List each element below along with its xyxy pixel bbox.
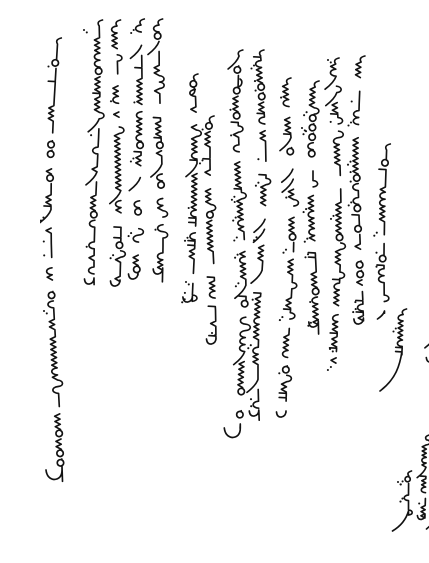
double-dot-mark xyxy=(400,483,402,485)
double-dot-mark xyxy=(397,481,399,483)
double-dot-mark xyxy=(83,29,85,31)
body-col-06 xyxy=(181,74,201,303)
sig-col-01 xyxy=(393,471,413,531)
double-dot-mark xyxy=(214,334,216,336)
date-col-01 xyxy=(380,309,407,391)
double-dot-mark xyxy=(301,127,303,129)
double-dot-mark xyxy=(330,61,332,63)
double-dot-mark xyxy=(46,312,48,314)
sig-col-02 xyxy=(417,435,429,519)
body-col-11 xyxy=(302,81,319,334)
manuscript-svg xyxy=(40,16,429,547)
double-dot-mark xyxy=(185,281,187,283)
body-col-10 xyxy=(277,78,299,417)
body-col-14 xyxy=(373,144,390,319)
double-dot-mark xyxy=(327,59,329,61)
body-col-09 xyxy=(247,50,271,420)
body-col-13 xyxy=(347,56,365,324)
body-col-04 xyxy=(128,19,145,279)
double-dot-mark xyxy=(332,350,334,352)
body-col-07 xyxy=(199,116,216,344)
body-col-12 xyxy=(325,58,345,371)
double-dot-mark xyxy=(188,283,190,285)
date-col-02 xyxy=(425,324,429,362)
manuscript-page: A white manuscript page of handwritten c… xyxy=(40,16,429,547)
comma-mark xyxy=(239,79,242,87)
double-dot-mark xyxy=(211,332,213,334)
double-dot-mark xyxy=(304,129,306,131)
double-dot-mark xyxy=(43,310,45,312)
body-col-08 xyxy=(224,50,250,438)
body-col-05 xyxy=(148,19,168,282)
body-col-02 xyxy=(85,20,104,285)
body-col-01 xyxy=(40,38,64,481)
body-col-03 xyxy=(110,20,126,286)
double-dot-mark xyxy=(86,31,88,33)
double-dot-mark xyxy=(329,348,331,350)
